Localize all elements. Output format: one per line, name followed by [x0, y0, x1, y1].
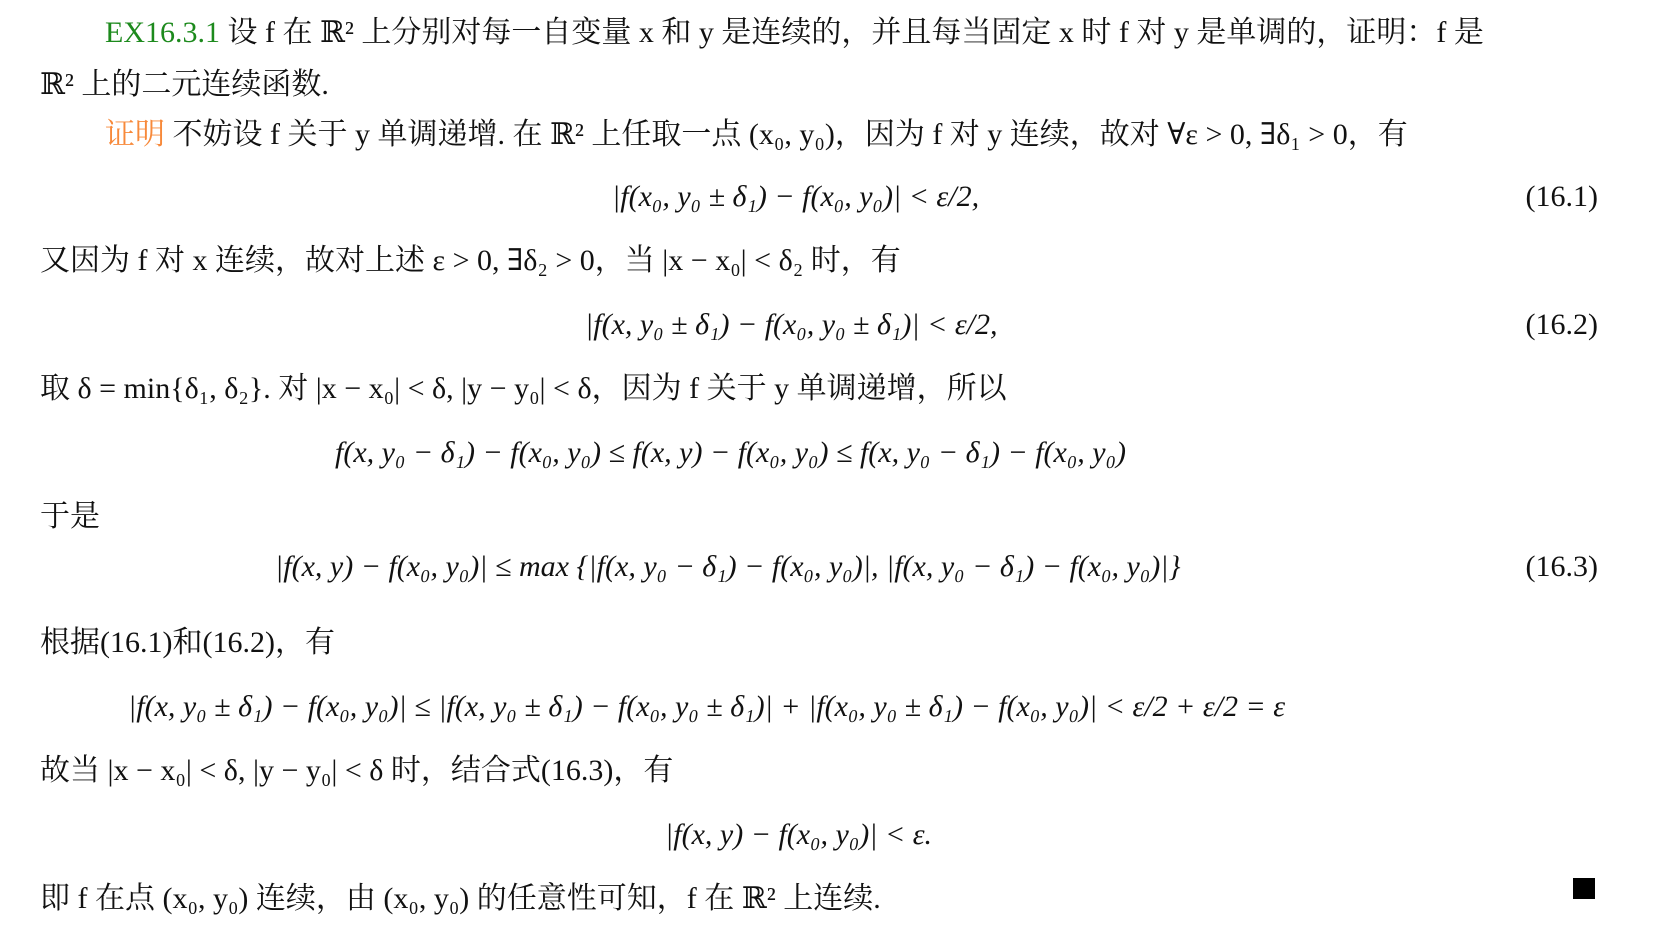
equation-16-3: |f(x, y) − f(x₀, y₀)| ≤ max {|f(x, y₀ − … — [275, 552, 1181, 582]
proof-line-2: 又因为 f 对 x 连续，故对上述 ε > 0, ∃δ₂ > 0，当 |x − … — [40, 246, 901, 276]
proof-line-1: 证明 不妨设 f 关于 y 单调递增. 在 ℝ² 上任取一点 (x₀, y₀)，… — [105, 120, 1408, 150]
exercise-statement: EX16.3.1 设 f 在 ℝ² 上分别对每一自变量 x 和 y 是连续的，并… — [105, 18, 1484, 48]
proof-line-3: 取 δ = min{δ₁, δ₂}. 对 |x − x₀| < δ, |y − … — [40, 374, 1007, 404]
triangle-inequality: |f(x, y₀ ± δ₁) − f(x₀, y₀)| ≤ |f(x, y₀ ±… — [128, 692, 1285, 722]
qed-square-icon — [1573, 878, 1595, 899]
equation-16-2: |f(x, y₀ ± δ₁) − f(x₀, y₀ ± δ₁)| < ε/2, — [585, 310, 998, 340]
equation-tag-16-1: (16.1) — [1526, 182, 1598, 212]
equation-tag-16-2: (16.2) — [1526, 310, 1598, 340]
equation-tag-16-3: (16.3) — [1526, 552, 1598, 582]
proof-conclusion: 即 f 在点 (x₀, y₀) 连续，由 (x₀, y₀) 的任意性可知，f 在… — [40, 884, 881, 914]
exercise-label: EX16.3.1 — [105, 16, 220, 49]
proof-label: 证明 — [105, 118, 165, 151]
equation-16-1: |f(x₀, y₀ ± δ₁) − f(x₀, y₀)| < ε/2, — [612, 182, 979, 212]
proof-line-6: 故当 |x − x₀| < δ, |y − y₀| < δ 时，结合式(16.3… — [40, 756, 673, 786]
inequality-chain: f(x, y₀ − δ₁) − f(x₀, y₀) ≤ f(x, y) − f(… — [335, 438, 1126, 468]
exercise-text-line2: ℝ² 上的二元连续函数. — [40, 70, 329, 100]
final-inequality: |f(x, y) − f(x₀, y₀)| < ε. — [665, 820, 932, 850]
exercise-text-line1: 设 f 在 ℝ² 上分别对每一自变量 x 和 y 是连续的，并且每当固定 x 时… — [220, 16, 1484, 49]
proof-line-4: 于是 — [40, 502, 100, 532]
proof-line-5: 根据(16.1)和(16.2)，有 — [40, 628, 335, 658]
proof-text: 不妨设 f 关于 y 单调递增. 在 ℝ² 上任取一点 (x₀, y₀)，因为 … — [165, 118, 1408, 151]
